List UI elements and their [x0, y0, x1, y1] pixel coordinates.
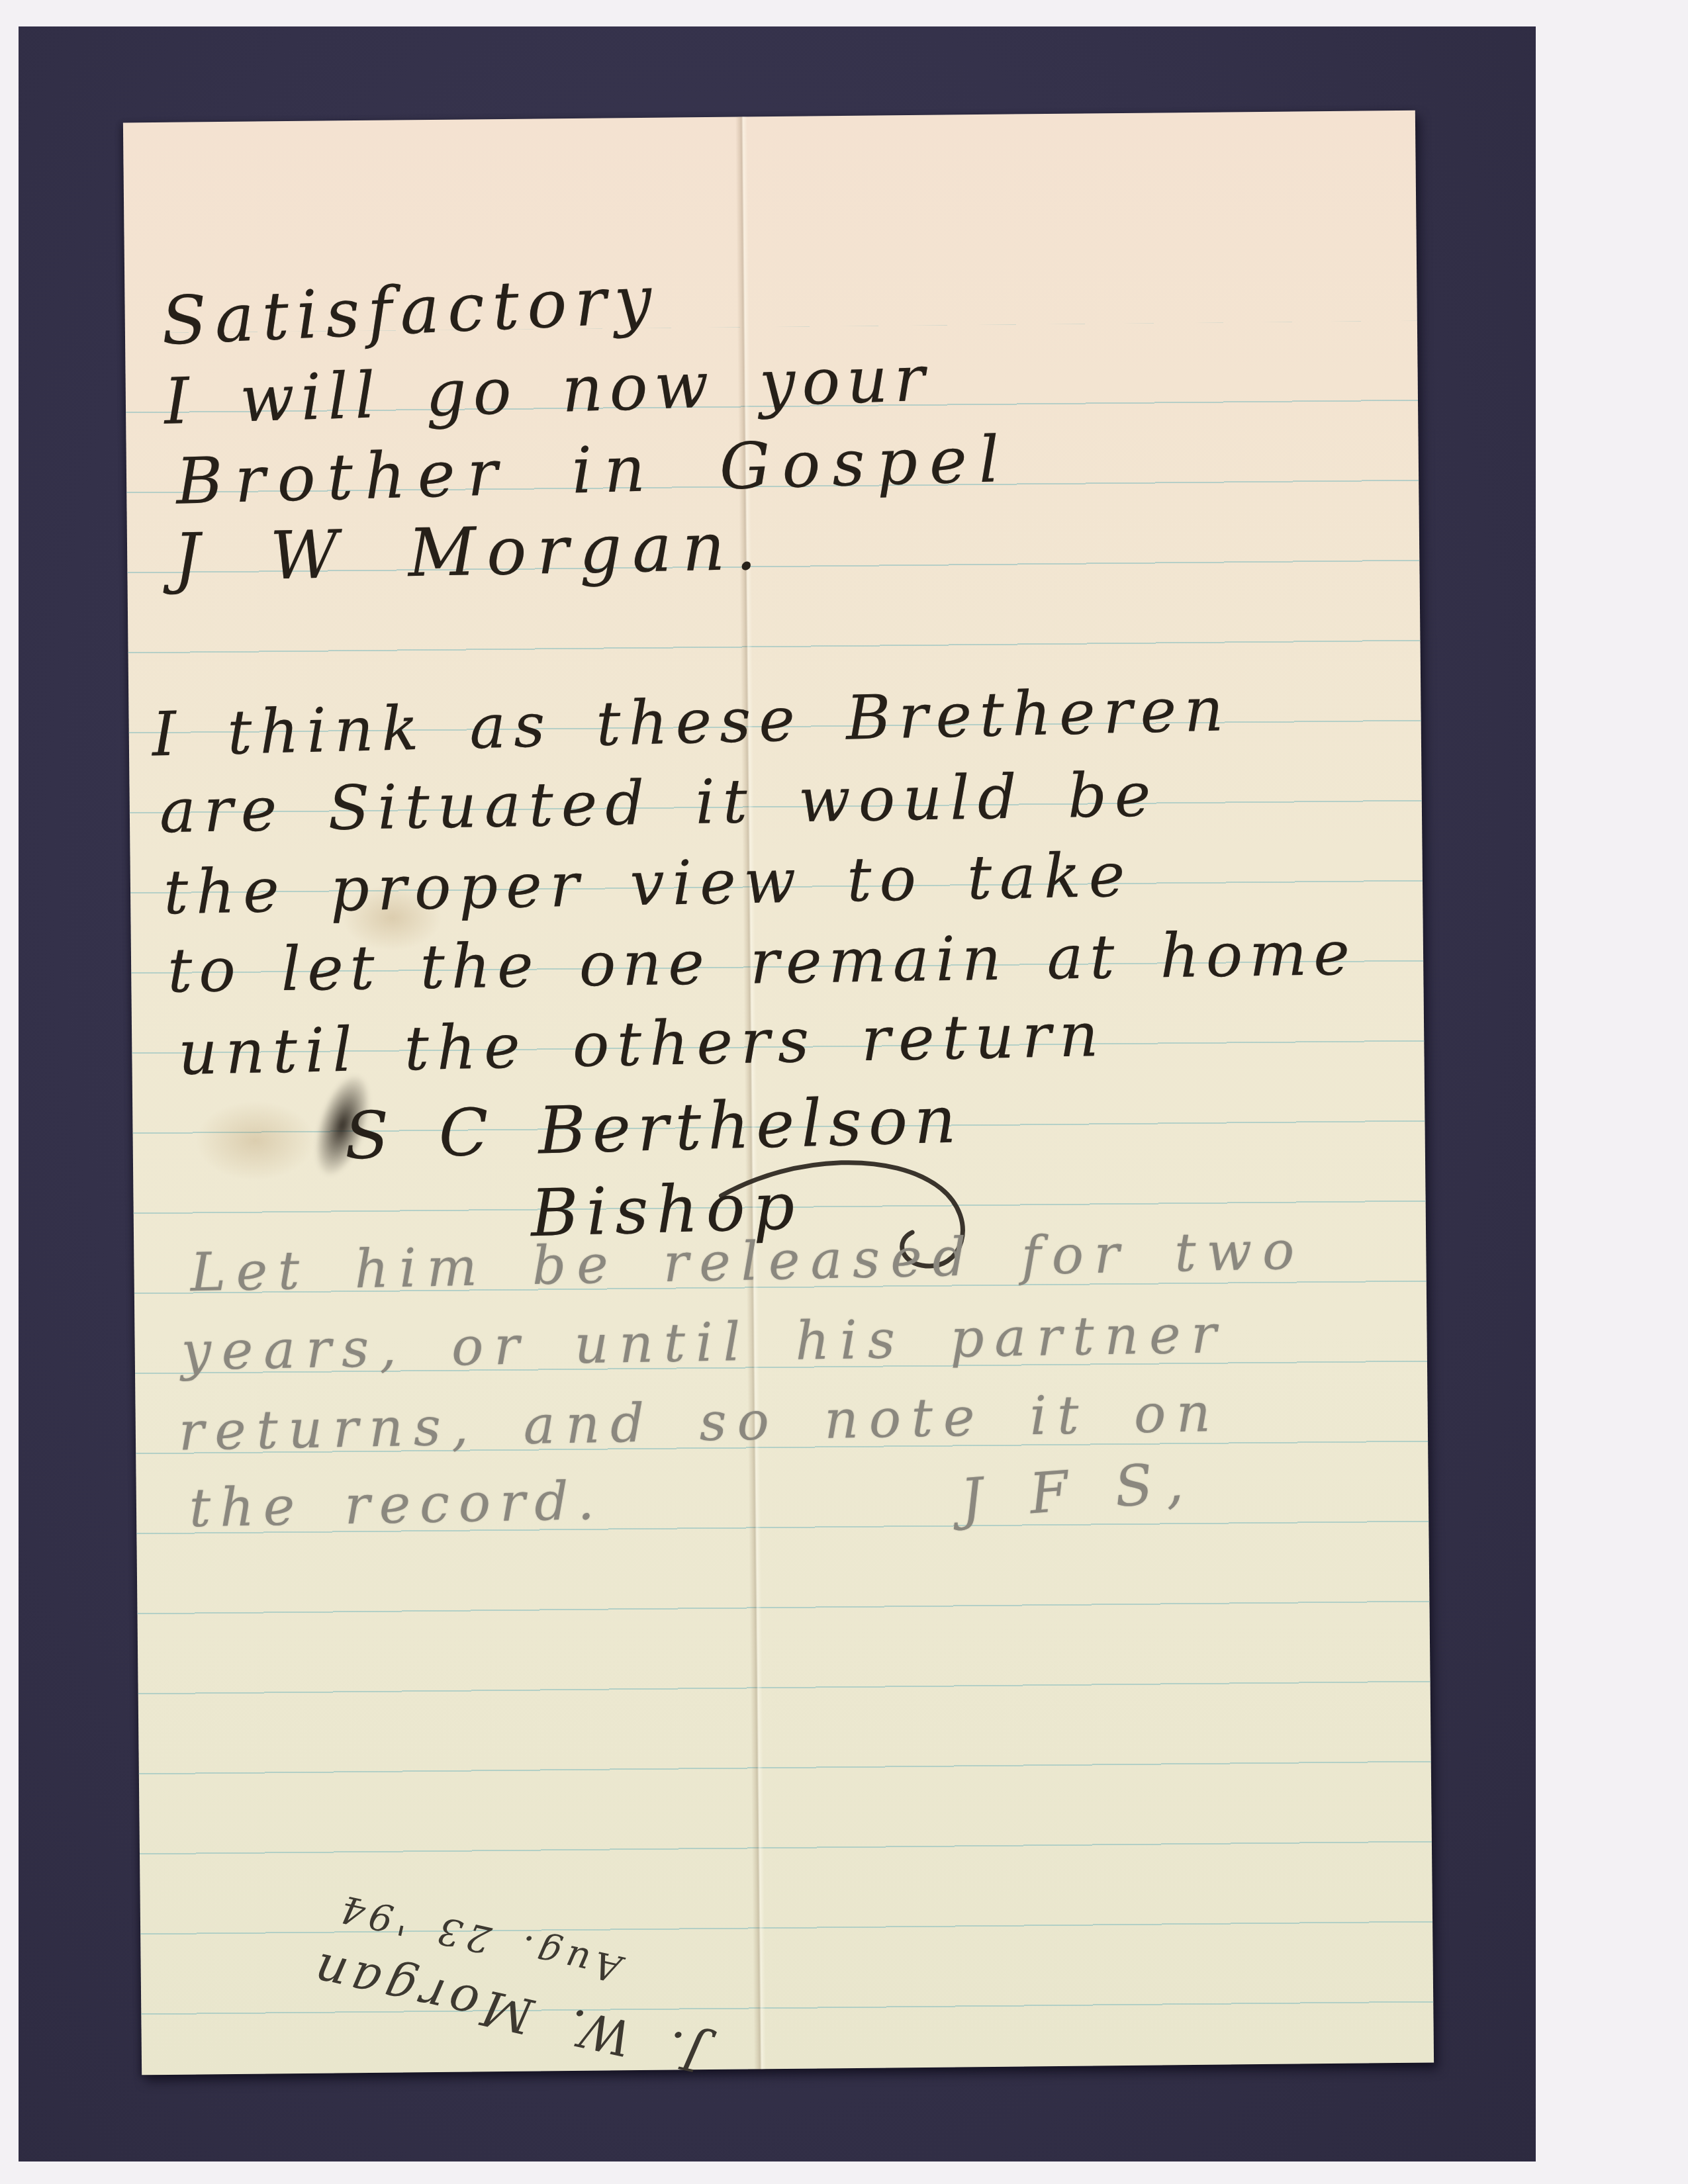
handwritten-line: I will go now your	[164, 347, 932, 433]
scanned-document-page: { "document": { "kind": "handwritten let…	[0, 0, 1688, 2184]
handwritten-line: to let the one remain at home	[167, 923, 1357, 1002]
handwritten-signature-berthelson: S C Berthelson	[344, 1087, 963, 1169]
pencil-line: years, or until his partner	[181, 1308, 1227, 1378]
handwritten-line: until the others return	[178, 1005, 1107, 1084]
handwritten-line: Brother in Gospel	[175, 428, 1012, 514]
handwritten-signature-morgan: J W Morgan.	[173, 513, 767, 591]
pencil-initials: J F S,	[959, 1453, 1199, 1527]
pencil-line: the record.	[189, 1475, 604, 1535]
handwritten-line: are Situated it would be	[159, 764, 1159, 842]
paper-stain	[195, 1101, 315, 1181]
rotated-endorsement: J. W. Morgan Aug. 23 '94	[218, 1790, 739, 2089]
pencil-line: returns, and so note it on	[178, 1387, 1221, 1459]
handwritten-line: Satisfactory	[160, 267, 661, 355]
pencil-line: Let him be released for two	[190, 1224, 1305, 1300]
letter-paper: Satisfactory I will go now your Brother …	[123, 111, 1434, 2075]
handwritten-line: I think as these Bretheren	[152, 679, 1232, 765]
handwritten-line: the proper view to take	[163, 844, 1133, 923]
